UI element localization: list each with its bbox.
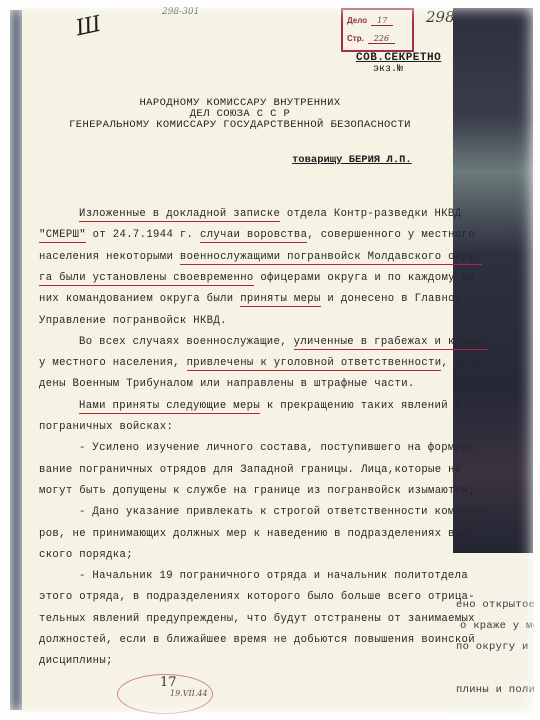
body-line: дисциплины;: [39, 655, 113, 667]
body-line: вание пограничных отрядов для Западной г…: [39, 464, 462, 476]
body-line: - Начальник 19 пограничного отряда и нач…: [79, 570, 468, 582]
delo-label: Дело: [347, 16, 367, 25]
archive-number: 298-301: [162, 7, 199, 17]
underlined-phrase: военнослужащими погранвойск Молдавского …: [180, 251, 482, 265]
body-line: дены Военным Трибуналом или направлены в…: [39, 378, 415, 390]
underlined-phrase: "СМЕРШ": [39, 229, 86, 243]
underlined-phrase: Нами приняты следующие меры: [79, 400, 260, 414]
body-line: - Усилено изучение личного состава, пост…: [79, 442, 481, 454]
copy-number-label: экз.№: [373, 64, 403, 75]
underlined-phrase: га были установлены своевременно: [39, 272, 254, 286]
folio-number: 298: [426, 8, 455, 26]
seal-number: 17: [160, 675, 177, 690]
body-line: тельных явлений предупреждены, что будут…: [39, 613, 475, 625]
body-line: этого отряда, в подразделениях которого …: [39, 591, 475, 603]
body-line: пограничных войсках:: [39, 421, 173, 433]
body-line: могут быть допущены к службе на границе …: [39, 485, 475, 497]
page-row: Стр.226: [347, 34, 395, 43]
body-line: Во всех случаях военнослужащие, уличенны…: [79, 336, 488, 348]
delo-row: Дело17: [347, 16, 393, 25]
delo-value: 17: [371, 16, 393, 26]
underlined-phrase: случаи воровства: [200, 229, 307, 243]
seal-date: 19.VII.44: [170, 689, 208, 698]
body-line: Управление погранвойск НКВД.: [39, 315, 227, 327]
body-line: должностей, если в ближайшее время не до…: [39, 634, 475, 646]
page-label: Стр.: [347, 34, 364, 43]
classification-mark: СОВ.СЕКРЕТНО: [356, 52, 441, 64]
underlined-phrase: привлечены к уголовной ответственности: [187, 357, 442, 371]
underlined-phrase: приняты меры: [240, 293, 321, 307]
body-line: населения некоторыми военнослужащими пог…: [39, 251, 482, 263]
underlined-phrase: уличенные в грабежах и кражах: [294, 336, 489, 350]
page-value: 226: [368, 34, 395, 44]
body-line: Нами приняты следующие меры к прекращени…: [79, 400, 461, 412]
underlined-phrase: Изложенные в докладной записке: [79, 208, 280, 222]
addressee-line: ГЕНЕРАЛЬНОМУ КОМИССАРУ ГОСУДАРСТВЕННОЙ Б…: [40, 120, 440, 131]
body-line: га были установлены своевременно офицера…: [39, 272, 475, 284]
body-line: них командованием округа были приняты ме…: [39, 293, 462, 305]
receipt-seal: 17 19.VII.44: [117, 674, 213, 714]
body-line: "СМЕРШ" от 24.7.1944 г. случаи воровства…: [39, 229, 475, 241]
body-line: у местного населения, привлечены к уголо…: [39, 357, 488, 369]
salutation: товарищу БЕРИЯ Л.П.: [292, 154, 412, 166]
body-line: Изложенные в докладной записке отдела Ко…: [79, 208, 461, 220]
body-line: ского порядка;: [39, 549, 133, 561]
body-line: ров, не принимающих должных мер к наведе…: [39, 528, 482, 540]
body-line: - Дано указание привлекать к строгой отв…: [79, 506, 488, 518]
registry-stamp: Дело17 Стр.226: [341, 8, 414, 52]
handwritten-initials: Ш: [74, 12, 104, 42]
adjacent-fragment: плины и полит: [456, 684, 534, 696]
